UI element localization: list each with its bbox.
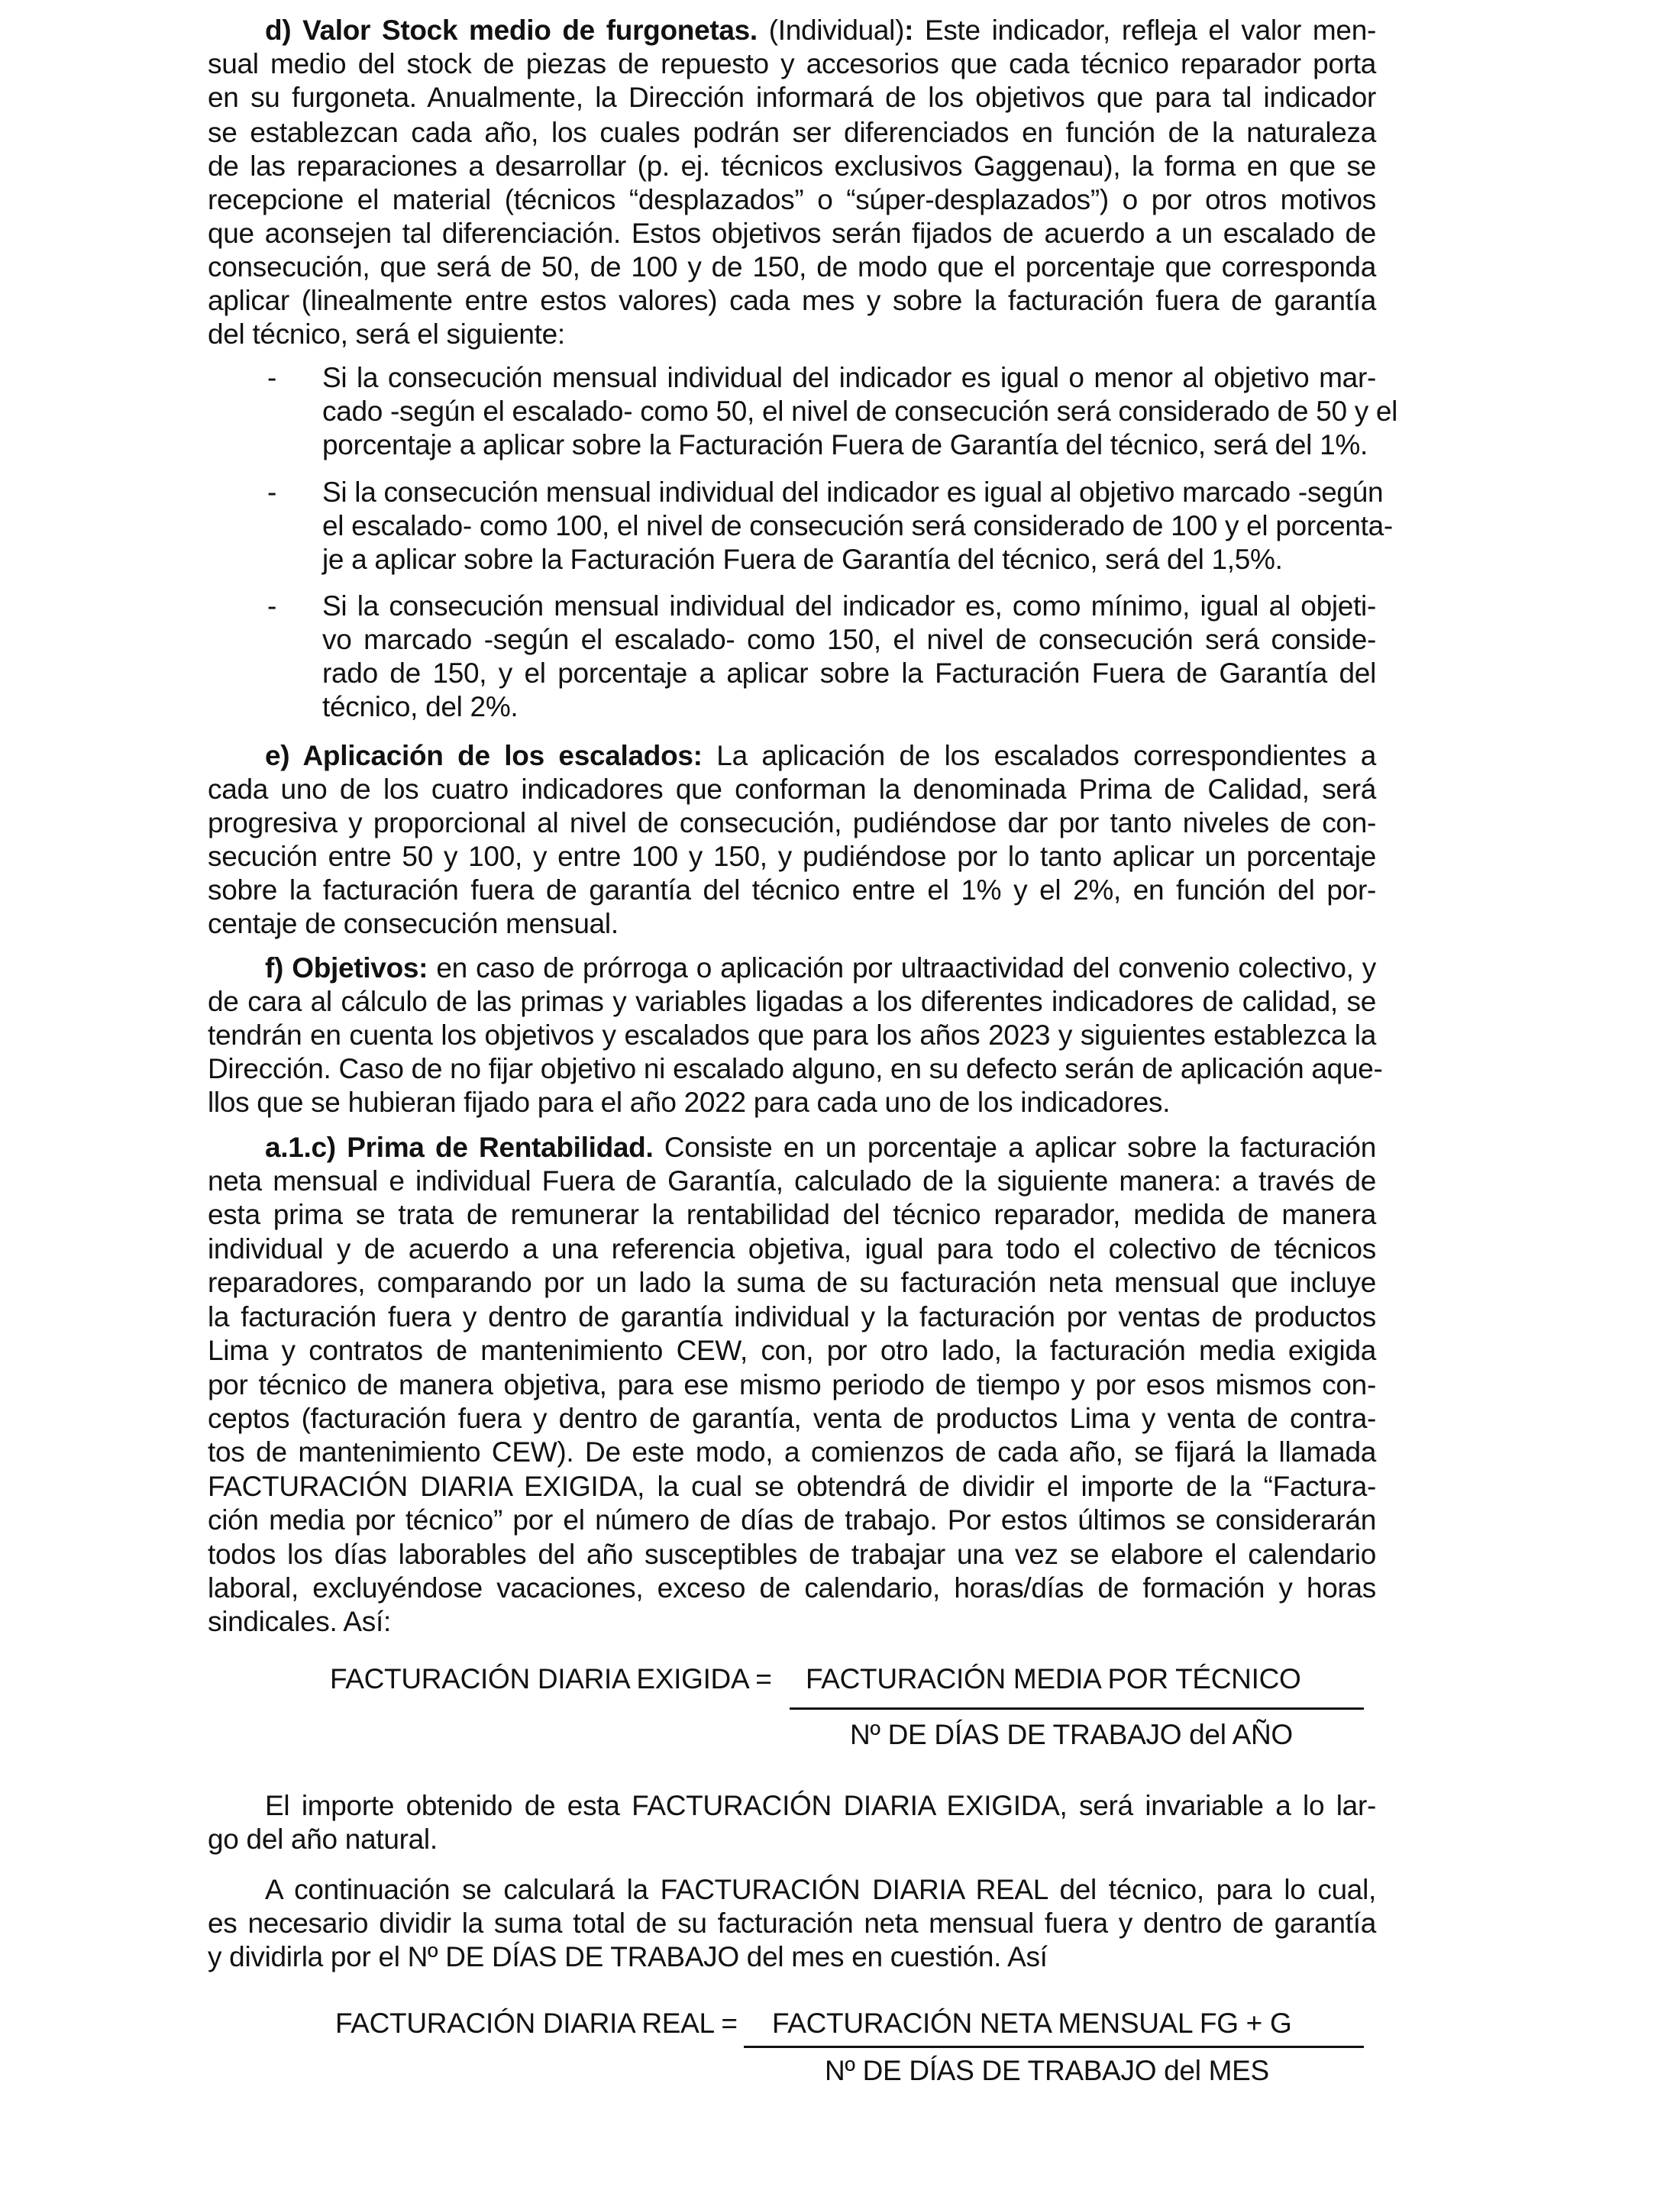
text-line: en caso de prórroga o aplicación por ult…	[428, 952, 1376, 984]
formula-exigida-denominator: Nº DE DÍAS DE TRABAJO del AÑO	[850, 1718, 1293, 1752]
bullet-line: Si la consecución mensual individual del…	[322, 476, 1376, 509]
text-line: A continuación se calculará la FACTURACI…	[265, 1873, 1376, 1907]
text-line: sual medio del stock de piezas de repues…	[208, 47, 1376, 81]
text-line: del técnico, será el siguiente:	[208, 318, 1376, 351]
text-line: todos los días laborables del año suscep…	[208, 1538, 1376, 1572]
text-line: go del año natural.	[208, 1823, 1376, 1856]
text-line: Consiste en un porcentaje a aplicar sobr…	[653, 1132, 1376, 1163]
text-line: es necesario dividir la suma total de su…	[208, 1907, 1376, 1940]
text-line: por técnico de manera objetiva, para ese…	[208, 1368, 1376, 1402]
text-line: ción media por técnico” por el número de…	[208, 1504, 1376, 1537]
text-line: neta mensual e individual Fuera de Garan…	[208, 1165, 1376, 1198]
text-line: consecución, que será de 50, de 100 y de…	[208, 250, 1376, 284]
section-f-line-1: f) Objetivos: en caso de prórroga o apli…	[265, 951, 1376, 985]
text-line: esta prima se trata de remunerar la rent…	[208, 1198, 1376, 1232]
text-line: de cara al cálculo de las primas y varia…	[208, 985, 1376, 1019]
section-d-colon: :	[904, 15, 913, 46]
formula-real-lhs: FACTURACIÓN DIARIA REAL =	[335, 2007, 738, 2040]
text-line: secución entre 50 y 100, y entre 100 y 1…	[208, 840, 1376, 874]
text-line: de las reparaciones a desarrollar (p. ej…	[208, 150, 1376, 183]
text-line: sobre la facturación fuera de garantía d…	[208, 874, 1376, 907]
bullet-marker: -	[267, 590, 283, 623]
text-line: Lima y contratos de mantenimiento CEW, c…	[208, 1334, 1376, 1368]
bullet-line: porcentaje a aplicar sobre la Facturació…	[322, 428, 1376, 462]
formula-real-denominator: Nº DE DÍAS DE TRABAJO del MES	[825, 2054, 1269, 2088]
bullet-line: Si la consecución mensual individual del…	[322, 590, 1376, 623]
bullet-line: rado de 150, y el porcentaje a aplicar s…	[322, 657, 1376, 690]
text-line: tendrán en cuenta los objetivos y escala…	[208, 1019, 1376, 1052]
text-line: y dividirla por el Nº DE DÍAS DE TRABAJO…	[208, 1940, 1376, 1974]
section-a1c-heading: a.1.c) Prima de Rentabilidad.	[265, 1132, 653, 1163]
text-line: individual y de acuerdo a una referencia…	[208, 1232, 1376, 1266]
section-f-heading: f) Objetivos:	[265, 952, 428, 984]
bullet-line: vo marcado -según el escalado- como 150,…	[322, 623, 1376, 657]
section-e-line-1: e) Aplicación de los escalados: La aplic…	[265, 739, 1376, 773]
text-line: FACTURACIÓN DIARIA EXIGIDA, la cual se o…	[208, 1470, 1376, 1504]
section-d-line-1: d) Valor Stock medio de furgonetas. (Ind…	[265, 14, 1376, 47]
formula-real-numerator: FACTURACIÓN NETA MENSUAL FG + G	[772, 2007, 1291, 2040]
fraction-bar	[790, 1707, 1364, 1710]
text-line: Dirección. Caso de no fijar objetivo ni …	[208, 1052, 1376, 1086]
text-line: sindicales. Así:	[208, 1605, 1376, 1639]
text-line: La aplicación de los escalados correspon…	[703, 740, 1376, 771]
bullet-marker: -	[267, 361, 283, 395]
text-line: recepcione el material (técnicos “despla…	[208, 183, 1376, 217]
text-line: progresiva y proporcional al nivel de co…	[208, 806, 1376, 840]
text-line: reparadores, comparando por un lado la s…	[208, 1266, 1376, 1300]
text-line: laboral, excluyéndose vacaciones, exceso…	[208, 1572, 1376, 1605]
text-line: cada uno de los cuatro indicadores que c…	[208, 773, 1376, 806]
text-line: llos que se hubieran fijado para el año …	[208, 1086, 1376, 1119]
bullet-line: técnico, del 2%.	[322, 690, 1376, 724]
text-line: ceptos (facturación fuera y dentro de ga…	[208, 1402, 1376, 1436]
fraction-bar	[744, 2046, 1364, 2048]
text-line: El importe obtenido de esta FACTURACIÓN …	[265, 1789, 1376, 1823]
bullet-line: Si la consecución mensual individual del…	[322, 361, 1376, 395]
bullet-line: el escalado- como 100, el nivel de conse…	[322, 509, 1376, 543]
text-line: la facturación fuera y dentro de garantí…	[208, 1300, 1376, 1334]
text-line: Este indicador, refleja el valor men-	[913, 15, 1376, 46]
text-line: que aconsejen tal diferenciación. Estos …	[208, 217, 1376, 250]
bullet-line: cado -según el escalado- como 50, el niv…	[322, 395, 1376, 428]
bullet-marker: -	[267, 476, 283, 509]
text-line: se establezcan cada año, los cuales podr…	[208, 116, 1376, 150]
text-line: tos de mantenimiento CEW). De este modo,…	[208, 1436, 1376, 1469]
text-line: en su furgoneta. Anualmente, la Direcció…	[208, 81, 1376, 115]
formula-exigida-numerator: FACTURACIÓN MEDIA POR TÉCNICO	[806, 1662, 1300, 1696]
section-a1c-line-1: a.1.c) Prima de Rentabilidad. Consiste e…	[265, 1131, 1376, 1165]
section-e-heading: e) Aplicación de los escalados:	[265, 740, 703, 771]
section-d-heading: d) Valor Stock medio de furgonetas.	[265, 15, 758, 46]
section-d-qualifier: (Individual)	[758, 15, 904, 46]
text-line: centaje de consecución mensual.	[208, 907, 1376, 941]
formula-exigida-lhs: FACTURACIÓN DIARIA EXIGIDA =	[330, 1662, 772, 1696]
bullet-line: je a aplicar sobre la Facturación Fuera …	[322, 543, 1376, 577]
text-line: aplicar (linealmente entre estos valores…	[208, 284, 1376, 318]
